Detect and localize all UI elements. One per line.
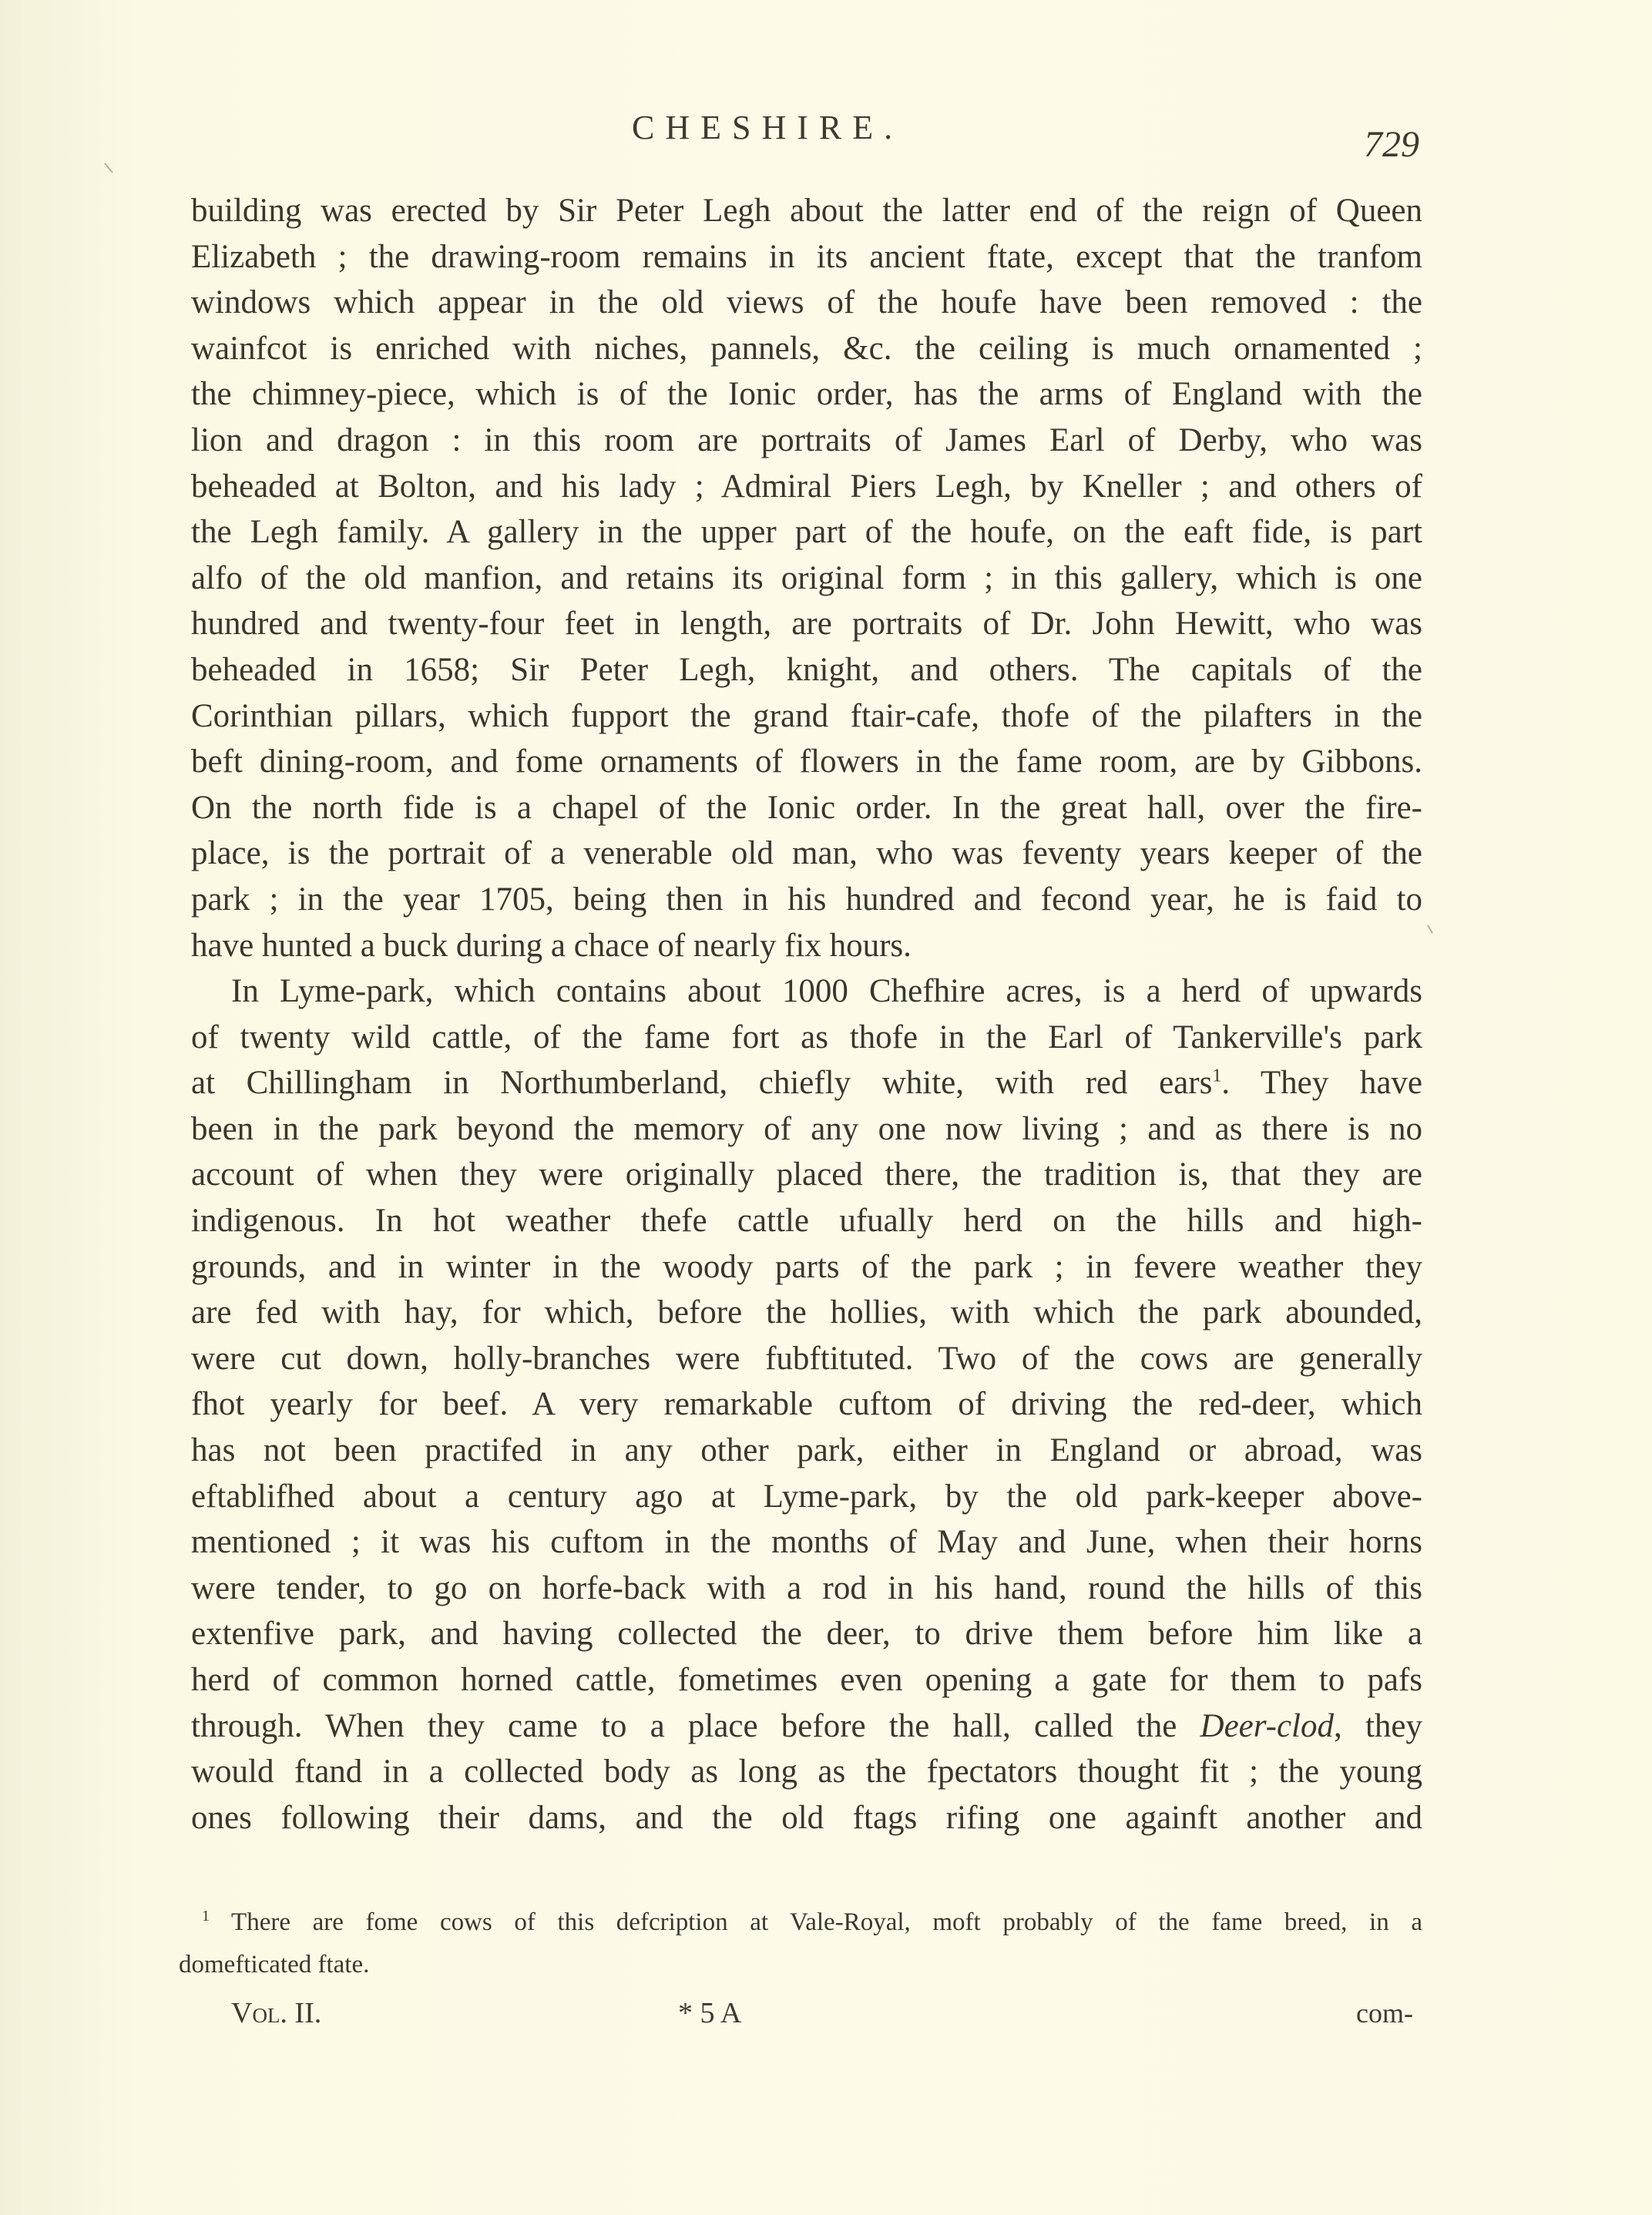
text-line-with-italic: through. When they came to a place befor… bbox=[191, 1703, 1422, 1750]
text-line: of twenty wild cattle, of the fame fort … bbox=[191, 1015, 1422, 1061]
text-line: extenfive park, and having collected the… bbox=[191, 1611, 1422, 1657]
text-segment: at Chillingham in Northumberland, chiefl… bbox=[191, 1065, 1212, 1101]
text-line: beheaded in 1658; Sir Peter Legh, knight… bbox=[191, 647, 1422, 693]
text-line-paragraph-end: have hunted a buck during a chace of nea… bbox=[191, 923, 1422, 969]
footnote-reference[interactable]: 1 bbox=[1212, 1066, 1221, 1086]
page-number: 729 bbox=[1364, 123, 1419, 166]
text-line: account of when they were originally pla… bbox=[191, 1152, 1422, 1198]
text-line-paragraph-start: In Lyme-park, which contains about 1000 … bbox=[191, 968, 1422, 1015]
text-line: fhot yearly for beef. A very remarkable … bbox=[191, 1381, 1422, 1428]
text-line: are fed with hay, for which, before the … bbox=[191, 1290, 1422, 1336]
catchword: com- bbox=[1356, 1992, 1413, 2035]
text-line: park ; in the year 1705, being then in h… bbox=[191, 877, 1422, 923]
text-line: windows which appear in the old views of… bbox=[191, 280, 1422, 326]
footnote-line: domefticated ftate. bbox=[179, 1944, 1422, 1986]
text-line: wainfcot is enriched with niches, pannel… bbox=[191, 326, 1422, 372]
body-text: building was erected by Sir Peter Legh a… bbox=[191, 188, 1422, 1841]
text-line: been in the park beyond the memory of an… bbox=[191, 1106, 1422, 1153]
text-segment: . They have bbox=[1221, 1065, 1422, 1101]
footnote-line: 1 There are fome cows of this defcriptio… bbox=[179, 1901, 1422, 1944]
text-line: Corinthian pillars, which fupport the gr… bbox=[191, 693, 1422, 740]
text-line-with-footnote-ref: at Chillingham in Northumberland, chiefl… bbox=[191, 1060, 1422, 1106]
text-line: were tender, to go on horfe-back with a … bbox=[191, 1566, 1422, 1612]
text-line: On the north fide is a chapel of the Ion… bbox=[191, 785, 1422, 831]
footnote-text: There are fome cows of this defcription … bbox=[231, 1908, 1422, 1936]
page-footer: Vol. II. * 5 A com- bbox=[0, 1992, 1652, 2038]
signature-mark: * 5 A bbox=[678, 1992, 741, 2035]
text-line: building was erected by Sir Peter Legh a… bbox=[191, 188, 1422, 234]
text-line: would ftand in a collected body as long … bbox=[191, 1749, 1422, 1795]
text-line: beheaded at Bolton, and his lady ; Admir… bbox=[191, 464, 1422, 510]
volume-label: Vol. II. bbox=[231, 1992, 321, 2035]
text-line: ones following their dams, and the old f… bbox=[191, 1795, 1422, 1841]
text-segment: , they bbox=[1334, 1708, 1422, 1744]
text-line: indigenous. In hot weather thefe cattle … bbox=[191, 1198, 1422, 1244]
text-line: alfo of the old manfion, and retains its… bbox=[191, 555, 1422, 602]
footnotes: 1 There are fome cows of this defcriptio… bbox=[179, 1901, 1422, 1986]
text-line: were cut down, holly-branches were fubft… bbox=[191, 1336, 1422, 1382]
text-line: mentioned ; it was his cuftom in the mon… bbox=[191, 1519, 1422, 1566]
text-line: hundred and twenty-four feet in length, … bbox=[191, 601, 1422, 647]
text-line: beft dining-room, and fome ornaments of … bbox=[191, 739, 1422, 785]
text-line: place, is the portrait of a venerable ol… bbox=[191, 831, 1422, 877]
text-line: eftablifhed about a century ago at Lyme-… bbox=[191, 1474, 1422, 1520]
italic-place-name: Deer-clod bbox=[1200, 1708, 1334, 1744]
running-title: CHESHIRE. bbox=[632, 106, 903, 149]
text-segment: through. When they came to a place befor… bbox=[191, 1708, 1177, 1744]
text-line: lion and dragon : in this room are portr… bbox=[191, 418, 1422, 464]
text-line: Elizabeth ; the drawing-room remains in … bbox=[191, 234, 1422, 280]
text-line: the chimney-piece, which is of the Ionic… bbox=[191, 371, 1422, 418]
text-line: has not been practifed in any other park… bbox=[191, 1428, 1422, 1474]
running-head: CHESHIRE. 729 bbox=[0, 106, 1652, 153]
text-line: grounds, and in winter in the woody part… bbox=[191, 1244, 1422, 1290]
footnote-marker: 1 bbox=[202, 1908, 210, 1925]
text-line: the Legh family. A gallery in the upper … bbox=[191, 509, 1422, 555]
text-line: herd of common horned cattle, fometimes … bbox=[191, 1657, 1422, 1703]
